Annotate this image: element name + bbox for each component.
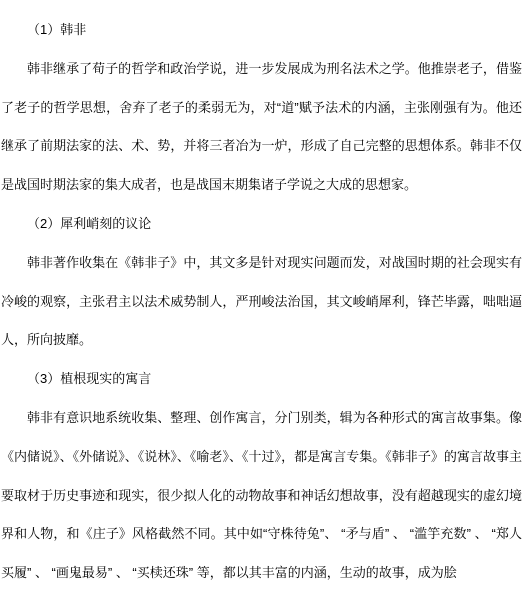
text-document-page: （1）韩非 韩非继承了荀子的哲学和政治学说，进一步发展成为刑名法术之学。他推崇老…: [0, 0, 527, 606]
section-1-heading: （1）韩非: [1, 11, 522, 50]
section-2-heading: （2）犀利峭刻的议论: [1, 205, 522, 244]
section-3-heading: （3）植根现实的寓言: [1, 360, 522, 399]
section-2-paragraph: 韩非著作收集在《韩非子》中，其文多是针对现实问题而发，对战国时期的社会现实有冷峻…: [1, 244, 522, 360]
section-3-paragraph: 韩非有意识地系统收集、整理、创作寓言，分门别类，辑为各种形式的寓言故事集。像《内…: [1, 399, 522, 593]
section-1-paragraph: 韩非继承了荀子的哲学和政治学说，进一步发展成为刑名法术之学。他推崇老子，借鉴了老…: [1, 50, 522, 205]
